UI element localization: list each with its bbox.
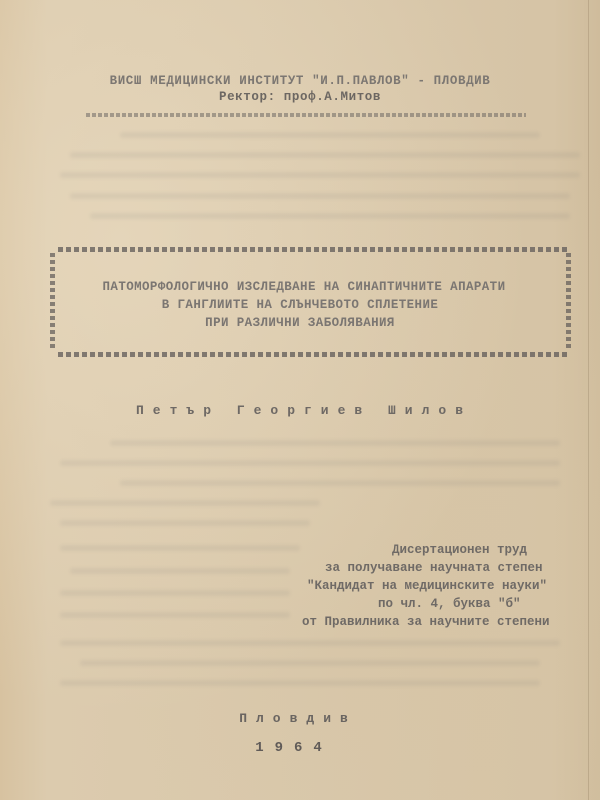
- dissertation-note: Дисертационен труд за получаване научнат…: [292, 541, 592, 631]
- dissertation-line: за получаване научната степен: [292, 559, 592, 577]
- dissertation-line: "Кандидат на медицинските науки": [292, 577, 592, 595]
- author-name: Петър Георгиев Шилов: [4, 403, 600, 418]
- institution-heading: ВИСШ МЕДИЦИНСКИ ИНСТИТУТ "И.П.ПАВЛОВ" - …: [0, 74, 600, 88]
- dissertation-line: Дисертационен труд: [292, 541, 592, 559]
- frame-border-bottom: [58, 352, 568, 357]
- year: 1964: [0, 740, 594, 756]
- frame-border-top: [58, 247, 568, 252]
- dissertation-line: по чл. 4, буква "б": [292, 595, 592, 613]
- dissertation-line: от Правилника за научните степени: [292, 613, 592, 631]
- rector-line: Ректор: проф.А.Митов: [0, 90, 600, 104]
- thesis-title-line-2: В ГАНГЛИИТЕ НА СЛЪНЧЕВОТО СПЛЕТЕНИЕ: [0, 298, 600, 312]
- city: Пловдив: [0, 711, 598, 726]
- document-page: ВИСШ МЕДИЦИНСКИ ИНСТИТУТ "И.П.ПАВЛОВ" - …: [0, 0, 600, 800]
- thesis-title-line-3: ПРИ РАЗЛИЧНИ ЗАБОЛЯВАНИЯ: [0, 316, 600, 330]
- thesis-title-line-1: ПАТОМОРФОЛОГИЧНО ИЗСЛЕДВАНЕ НА СИНАПТИЧН…: [4, 280, 600, 294]
- bleed-through-text: [0, 0, 600, 800]
- separator-rule: [86, 113, 526, 117]
